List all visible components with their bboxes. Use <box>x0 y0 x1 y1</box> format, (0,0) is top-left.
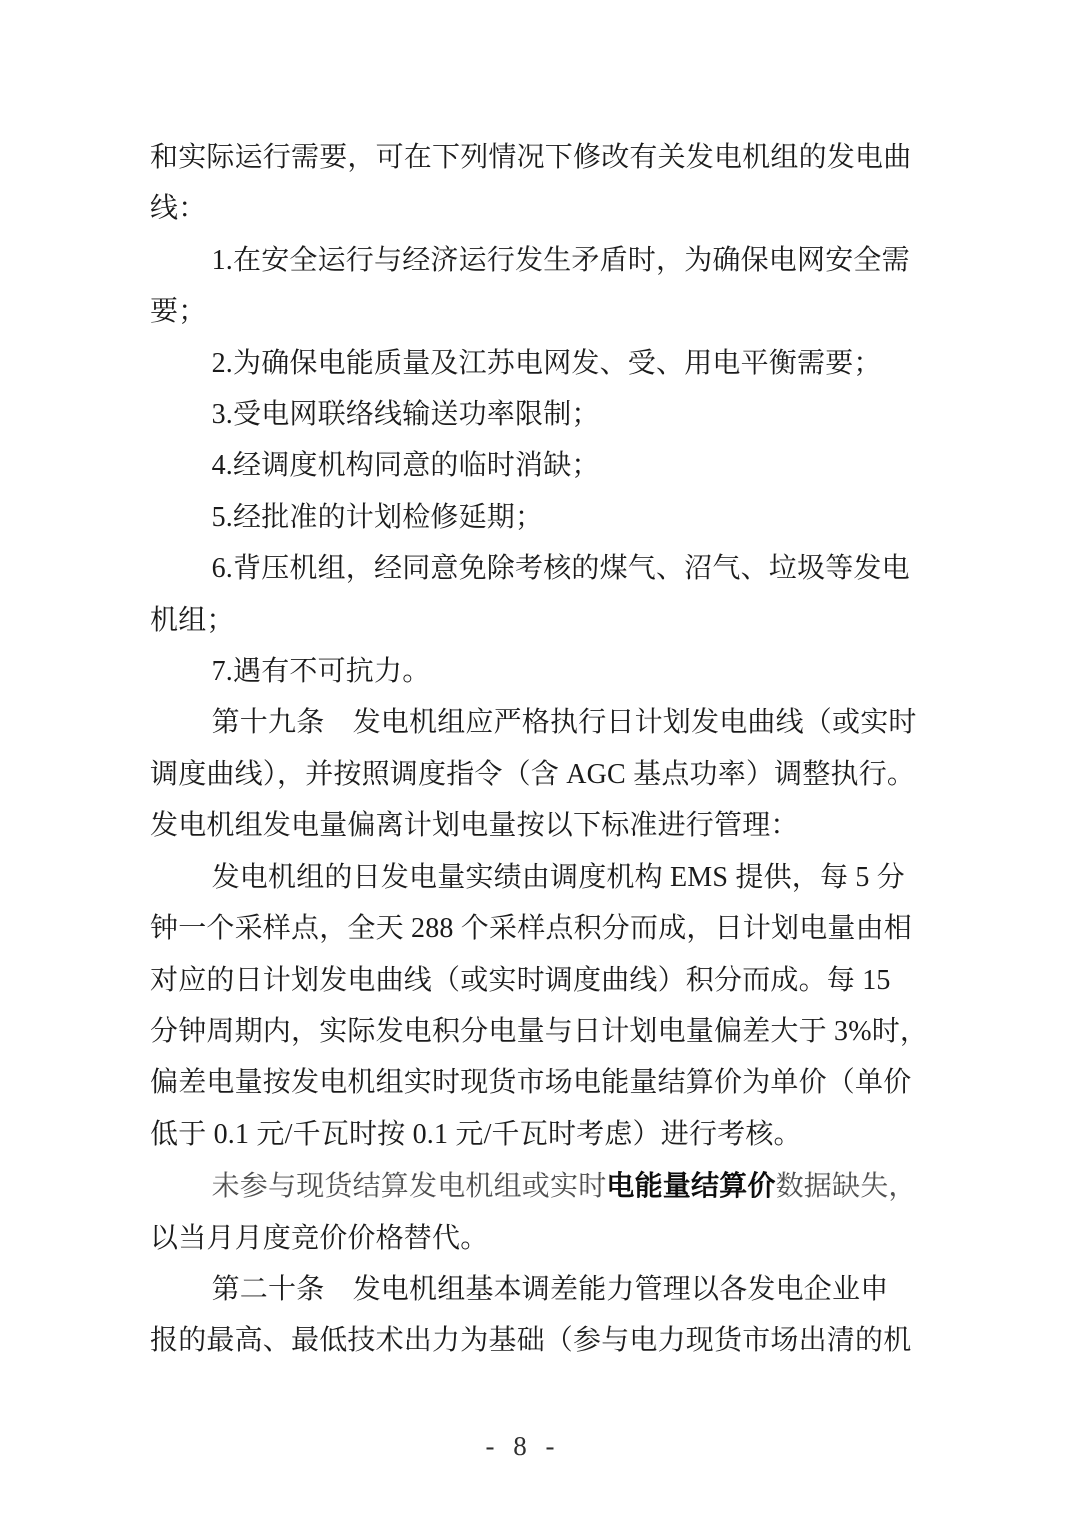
text-line: 分钟周期内，实际发电积分电量与日计划电量偏差大于 3%时， <box>150 1006 950 1057</box>
text-line: 第二十条 发电机组基本调差能力管理以各发电企业申 <box>150 1264 950 1315</box>
text-line: 4.经调度机构同意的临时消缺； <box>150 440 950 491</box>
paragraph-mixed-fonts: 未参与现货结算发电机组或实时电能量结算价数据缺失， 以当月月度竞价价格替代。 <box>150 1160 950 1264</box>
paragraph: 6.背压机组，经同意免除考核的煤气、沼气、垃圾等发电 机组； <box>150 543 950 646</box>
text-line: 钟一个采样点，全天 288 个采样点积分而成，日计划电量由相 <box>150 903 950 954</box>
paragraph-article-20: 第二十条 发电机组基本调差能力管理以各发电企业申 报的最高、最低技术出力为基础（… <box>150 1264 950 1367</box>
text-line: 偏差电量按发电机组实时现货市场电能量结算价为单价（单价 <box>150 1057 950 1108</box>
text-line: 发电机组发电量偏离计划电量按以下标准进行管理： <box>150 800 950 851</box>
text-line: 低于 0.1 元/千瓦时按 0.1 元/千瓦时考虑）进行考核。 <box>150 1109 950 1160</box>
document-body: 和实际运行需要，可在下列情况下修改有关发电机组的发电曲 线： 1.在安全运行与经… <box>150 132 950 1367</box>
text-line: 调度曲线），并按照调度指令（含 AGC 基点功率）调整执行。 <box>150 749 950 800</box>
text-line: 第十九条 发电机组应严格执行日计划发电曲线（或实时 <box>150 697 950 748</box>
document-page: 和实际运行需要，可在下列情况下修改有关发电机组的发电曲 线： 1.在安全运行与经… <box>0 0 1080 1527</box>
paragraph: 2.为确保电能质量及江苏电网发、受、用电平衡需要； <box>150 338 950 389</box>
text-line: 报的最高、最低技术出力为基础（参与电力现货市场出清的机 <box>150 1315 950 1366</box>
kaiti-text-segment: 数据缺失， <box>776 1171 917 1202</box>
paragraph: 3.受电网联络线输送功率限制； <box>150 389 950 440</box>
text-line: 对应的日计划发电曲线（或实时调度曲线）积分而成。每 15 <box>150 955 950 1006</box>
paragraph: 发电机组的日发电量实绩由调度机构 EMS 提供，每 5 分 钟一个采样点，全天 … <box>150 852 950 1160</box>
text-line: 机组； <box>150 595 950 646</box>
text-line: 要； <box>150 286 950 337</box>
text-line: 5.经批准的计划检修延期； <box>150 492 950 543</box>
paragraph: 和实际运行需要，可在下列情况下修改有关发电机组的发电曲 线： <box>150 132 950 235</box>
bold-term-segment: 电能量结算价 <box>606 1170 775 1201</box>
text-line: 以当月月度竞价价格替代。 <box>150 1213 950 1264</box>
kaiti-text-segment: 未参与现货结算发电机组或实时 <box>212 1171 607 1202</box>
paragraph: 5.经批准的计划检修延期； <box>150 492 950 543</box>
paragraph: 1.在安全运行与经济运行发生矛盾时，为确保电网安全需 要； <box>150 235 950 338</box>
text-line: 7.遇有不可抗力。 <box>150 646 950 697</box>
text-line: 和实际运行需要，可在下列情况下修改有关发电机组的发电曲 <box>150 132 950 183</box>
text-line: 发电机组的日发电量实绩由调度机构 EMS 提供，每 5 分 <box>150 852 950 903</box>
paragraph-article-19: 第十九条 发电机组应严格执行日计划发电曲线（或实时 调度曲线），并按照调度指令（… <box>150 697 950 851</box>
text-line: 线： <box>150 183 950 234</box>
text-line-mixed: 未参与现货结算发电机组或实时电能量结算价数据缺失， <box>150 1160 950 1212</box>
paragraph: 4.经调度机构同意的临时消缺； <box>150 440 950 491</box>
paragraph: 7.遇有不可抗力。 <box>150 646 950 697</box>
text-line: 1.在安全运行与经济运行发生矛盾时，为确保电网安全需 <box>150 235 950 286</box>
page-number: - 8 - <box>0 1430 1046 1462</box>
text-line: 6.背压机组，经同意免除考核的煤气、沼气、垃圾等发电 <box>150 543 950 594</box>
text-line: 2.为确保电能质量及江苏电网发、受、用电平衡需要； <box>150 338 950 389</box>
text-line: 3.受电网联络线输送功率限制； <box>150 389 950 440</box>
